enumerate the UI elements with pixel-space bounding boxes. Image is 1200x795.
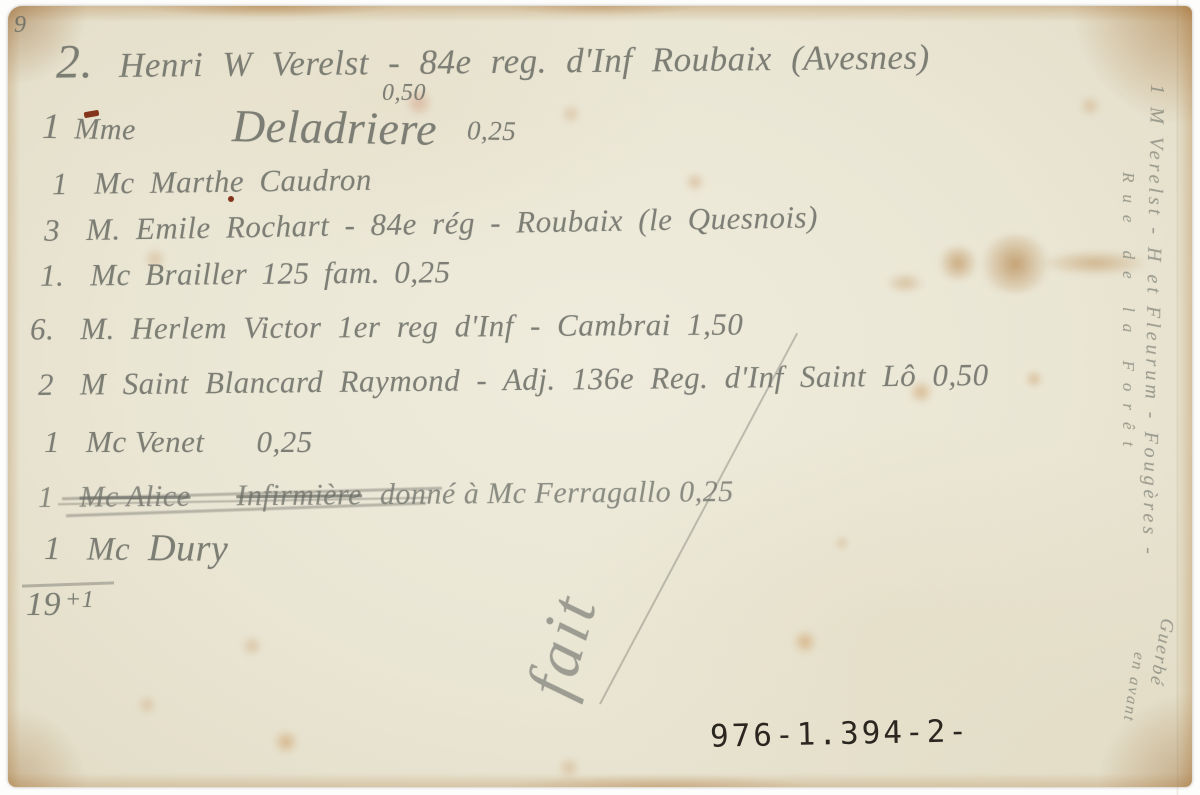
line-text: M. Herlem Victor 1er reg d'Inf - Cambrai… [80,307,743,347]
line-text: Mc Brailler 125 fam. 0,25 [90,254,451,292]
line-text: Mc [87,531,131,567]
line-qty: 1 [52,166,69,202]
ledger-line-2: 1MmeDeladriere0,25 [42,96,517,157]
line-qty: 1 [44,531,61,568]
ledger-line-3: 1Mc Marthe Caudron [52,162,372,202]
line-qty: 1 [38,481,54,515]
corner-mark: 9 [14,12,27,39]
line-text: Mc Venet [86,424,204,459]
ledger-line-1: 2.Henri W Verelst - 84e reg. d'Inf Rouba… [56,25,930,89]
ledger-line-9: 1Mc AliceInfirmièredonné à Mc Ferragallo… [38,475,734,515]
total-line: 19+1 [26,586,94,624]
line-qty: 1 [42,105,61,147]
line-qty: 2 [38,367,54,403]
line-text: donné à Mc Ferragallo 0,25 [380,475,734,511]
line-name: Deladriere [232,100,438,155]
total-addendum: +1 [65,587,94,613]
line-title: Mme [74,112,136,146]
line-text: Henri W Verelst - 84e reg. d'Inf Roubaix… [119,37,930,84]
line-qty: 6. [30,311,55,347]
struck-text: Infirmière [236,478,362,512]
line-qty: 1 [44,424,60,460]
scanned-card-verso: 9 2.Henri W Verelst - 84e reg. d'Inf Rou… [0,0,1200,795]
line-qty: 1. [40,258,65,294]
line-price: 0,25 [467,115,517,146]
line-qty: 2. [56,34,94,89]
line-name: Dury [148,527,229,570]
line-text: Mc Marthe Caudron [94,162,372,201]
line-qty: 3 [44,212,61,248]
ledger-line-8: 1Mc Venet0,25 [44,424,313,460]
ledger-line-6: 6.M. Herlem Victor 1er reg d'Inf - Cambr… [30,307,744,348]
line-price: 0,25 [256,424,312,459]
total-value: 19 [26,586,61,623]
ledger-line-10: 1McDury [44,525,229,571]
margin-note-inner: Rue de la Forêt [1118,172,1138,458]
ledger-line-5: 1.Mc Brailler 125 fam. 0,25 [40,254,451,294]
inventory-number: 976-1.394-2- [710,713,971,754]
struck-text: Mc Alice [79,480,190,514]
